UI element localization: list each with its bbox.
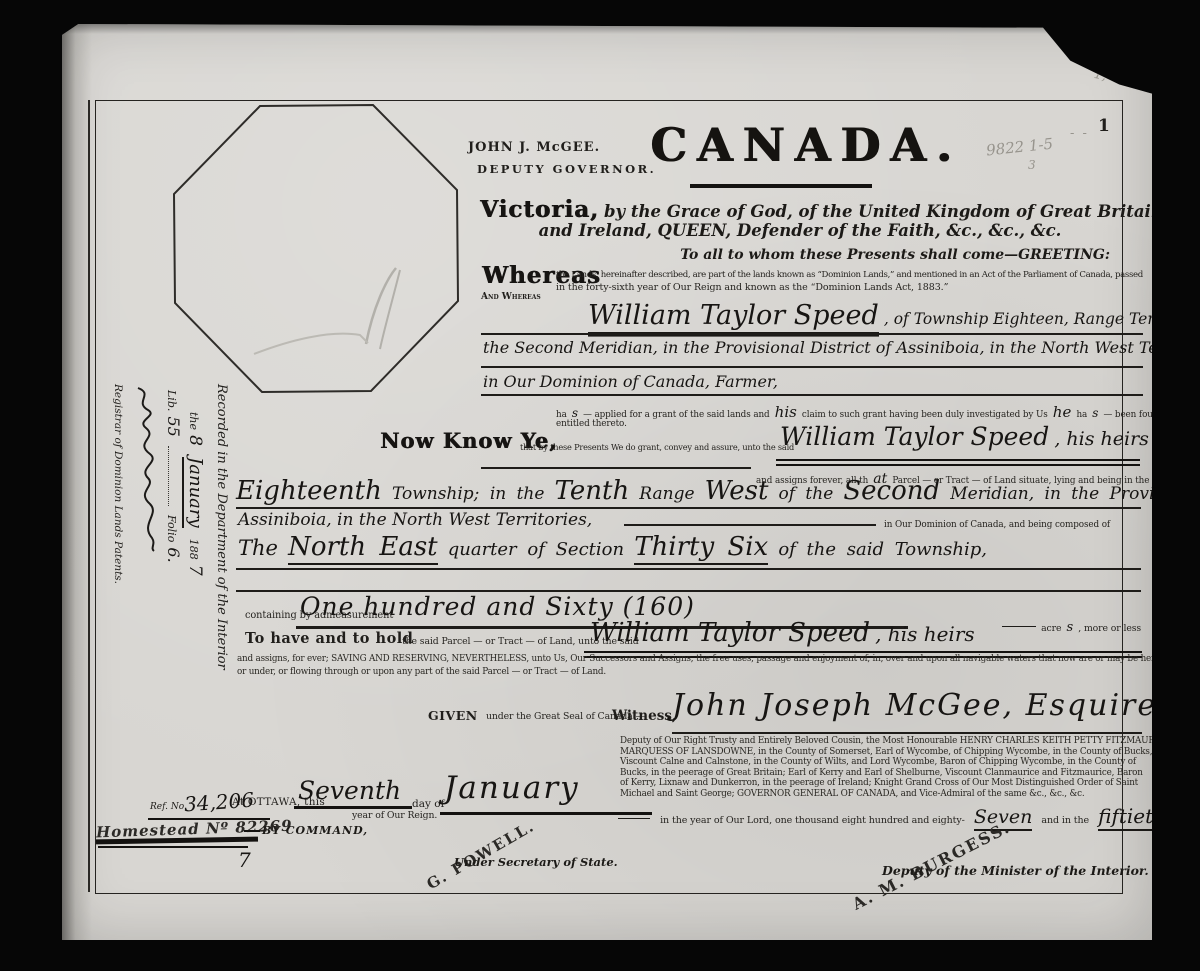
deputy-governor-title: DEPUTY GOVERNOR. <box>477 162 656 176</box>
dotted-leader <box>168 446 169 506</box>
margin-the-label: the <box>187 412 200 430</box>
deputy-line: Viscount Calne and Calnstone, in the Cou… <box>620 757 1125 768</box>
witness-name-handwritten: John Joseph McGee, Esquire, <box>672 688 1169 723</box>
day-of-label: day of <box>412 798 444 810</box>
grant-name-handwritten: William Taylor Speed <box>780 422 1049 451</box>
country-title: CANADA. <box>650 118 962 172</box>
applied-his-handwritten: his <box>775 403 797 421</box>
township-range-line: Eighteenth Township; in the Tenth Range … <box>236 476 1200 506</box>
month-handwritten: January <box>444 770 580 806</box>
meridian-rest-handwritten: Meridian, in the Provisional District of <box>950 484 1200 504</box>
township-word-handwritten: Township; in the <box>392 484 545 504</box>
applied-he-handwritten: he <box>1053 403 1072 421</box>
district-line-handwritten: Assiniboia, in the North West Territorie… <box>238 510 592 530</box>
day-handwritten: Seventh <box>298 776 401 805</box>
folio-label: Folio <box>165 515 178 542</box>
desc-mid-handwritten: quarter of Section <box>448 539 624 560</box>
to-have-and-to-hold: To have and to hold <box>245 630 413 647</box>
presents-clause: that by these Presents We do grant, conv… <box>520 442 794 452</box>
applied-print-3: claim to such grant having been duly inv… <box>802 410 1048 420</box>
range-word-handwritten: Range <box>639 484 694 504</box>
form-rule <box>236 568 1141 570</box>
margin-year-printed: 188 <box>187 539 200 560</box>
habendum-name-line: William Taylor Speed , his heirs <box>590 618 975 648</box>
margin-year-digit-handwritten: 7 <box>185 565 205 576</box>
month-underline <box>440 812 652 815</box>
document-border-inner-line <box>88 100 90 892</box>
name-underline <box>776 459 1140 461</box>
section-number-handwritten: Thirty Six <box>634 532 768 565</box>
leader-line <box>618 818 650 820</box>
form-rule <box>481 333 1143 335</box>
octagon-outline <box>174 105 458 392</box>
given-word: GIVEN <box>428 708 478 723</box>
by-command-label: BY COMMAND, <box>262 824 368 837</box>
grant-name-line: William Taylor Speed , his heirs <box>780 422 1149 451</box>
reign-year-handwritten: fiftieth <box>1098 804 1166 831</box>
royal-style-text1: by the Grace of God, of the United Kingd… <box>604 202 1163 221</box>
application-line1: ha s — applied for a grant of the said l… <box>556 402 1185 421</box>
grant-heirs-handwritten: , his heirs <box>1054 428 1149 450</box>
deputy-line: of Kerry, Lixnaw and Dunkerron, in the p… <box>620 778 1125 789</box>
burgess-title: Deputy of the Minister of the Interior. <box>882 863 1149 878</box>
registrar-signature <box>130 384 160 554</box>
habendum-name-handwritten: William Taylor Speed <box>590 618 870 648</box>
grantee-line3-handwritten: in Our Dominion of Canada, Farmer, <box>483 372 778 391</box>
document-scan: Recorded in the Department of the Interi… <box>0 0 1200 971</box>
name-underline <box>776 464 1140 466</box>
and-in-the-print: and in the <box>1041 815 1089 826</box>
deputy-line: Bucks, in the peerage of Great Britain; … <box>620 768 1125 779</box>
ref-no-handwritten: 34,206 <box>183 788 254 817</box>
whereas-body-line2: in the forty-sixth year of Our Reign and… <box>556 282 948 293</box>
deputy-line: Deputy of Our Right Trusty and Entirely … <box>620 736 1125 747</box>
great-seal-octagon <box>172 102 460 394</box>
governor-general-titles: Deputy of Our Right Trusty and Entirely … <box>620 736 1125 800</box>
margin-recording-note: Recorded in the Department of the Interi… <box>107 384 229 700</box>
form-rule <box>481 366 1143 368</box>
year-of-lord-line: in the year of Our Lord, one thousand ei… <box>618 804 1189 828</box>
registrar-title: Registrar of Dominion Lands Patents. <box>112 384 124 584</box>
page-number: 1 <box>1098 116 1110 136</box>
quarter-handwritten: North East <box>288 532 438 565</box>
desc-the-handwritten: The <box>238 536 278 560</box>
habendum-heirs-handwritten: , his heirs <box>875 622 975 646</box>
deputy-line: Michael and Saint George; GOVERNOR GENER… <box>620 789 1125 800</box>
pencil-corner-mark: 1, <box>1093 67 1108 84</box>
saving-reserving-line2: or under, or flowing through or upon any… <box>237 667 606 677</box>
deputy-governor-name: JOHN J. McGEE. <box>468 140 600 155</box>
year-of-reign-label: year of Our Reign. <box>352 810 437 821</box>
applied-s-handwritten: s <box>572 406 578 420</box>
margin-day-handwritten: 8 <box>185 435 205 446</box>
meridian-ordinal-handwritten: Second <box>843 476 940 509</box>
township-ordinal-handwritten: Eighteenth <box>236 476 382 509</box>
whereas-body-line1: the Lands, hereinafter described, are pa… <box>556 270 1143 280</box>
dominion-clause: in Our Dominion of Canada, and being com… <box>884 520 1110 530</box>
document-paper: Recorded in the Department of the Interi… <box>62 24 1152 940</box>
grantee-line2-handwritten: the Second Meridian, in the Provisional … <box>483 338 1200 357</box>
grantee-line1-handwritten: , of Township Eighteen, Range Ten West o… <box>884 310 1200 328</box>
leader-line <box>1002 626 1036 628</box>
form-rule <box>624 524 876 526</box>
day-underline <box>294 806 412 809</box>
desc-end-handwritten: of the said Township, <box>778 539 987 560</box>
saving-reserving-line1: and assigns, for ever; SAVING AND RESERV… <box>237 654 1200 664</box>
range-direction-handwritten: West <box>705 476 769 509</box>
title-underline-rule <box>690 184 872 188</box>
pencil-file-reference-sub: 3 <box>1028 158 1036 172</box>
witness-underline <box>672 732 1142 734</box>
form-rule <box>481 394 1143 396</box>
acre-s-handwritten: s <box>1066 620 1073 635</box>
deputy-line: MARQUESS OF LANSDOWNE, in the County of … <box>620 747 1125 758</box>
margin-recorded-text: Recorded in the Department of the Interi… <box>214 384 229 670</box>
form-rule <box>236 507 1141 509</box>
lib-label: Lib. <box>165 390 178 411</box>
range-ordinal-handwritten: Tenth <box>555 476 630 509</box>
application-line2: entitled thereto. <box>556 419 627 429</box>
powell-title: Under Secretary of State. <box>454 855 618 869</box>
pencil-mark-icon <box>254 334 368 354</box>
quarter-section-line: The North East quarter of Section Thirty… <box>238 532 987 562</box>
margin-month-handwritten: January <box>182 457 206 528</box>
ref-no-label: Ref. No. <box>150 802 187 812</box>
royal-style-line2: and Ireland, QUEEN, Defender of the Fait… <box>480 221 1120 240</box>
and-whereas-label: And Whereas <box>481 292 541 302</box>
form-rule <box>481 467 751 469</box>
applied-print-5: — been found duly <box>1104 410 1186 420</box>
applied-s2-handwritten: s <box>1092 406 1098 420</box>
of-the-handwritten: of the <box>778 484 833 504</box>
grantee-name-line: William Taylor Speed , of Township Eight… <box>588 300 1200 331</box>
leader-line <box>1171 818 1189 820</box>
lib-value-handwritten: 55 <box>164 416 183 436</box>
area-handwritten: One hundred and Sixty (160) <box>300 592 695 621</box>
homestead-digit-handwritten: 7 <box>238 848 251 872</box>
royal-style-line1: Victoria, by the Grace of God, of the Un… <box>480 196 1120 223</box>
acres-clause: acre s , more or less <box>1002 616 1141 635</box>
witness-label: Witness, <box>612 708 677 724</box>
applied-print-4: ha <box>1076 410 1087 420</box>
acre-print: acre <box>1041 623 1061 634</box>
more-or-less-print: , more or less <box>1078 623 1141 634</box>
monarch-name: Victoria, <box>480 196 599 223</box>
pencil-dashes: - - <box>1070 126 1089 141</box>
year-of-lord-print: in the year of Our Lord, one thousand ei… <box>660 815 965 826</box>
strikethrough-bar <box>98 846 248 848</box>
pencil-mark-icon <box>380 270 400 349</box>
grantee-name-handwritten: William Taylor Speed <box>588 300 879 334</box>
folio-value-handwritten: 6. <box>164 547 183 562</box>
greeting-line: To all to whom these Presents shall come… <box>640 247 1110 263</box>
dash-rule <box>244 830 260 832</box>
